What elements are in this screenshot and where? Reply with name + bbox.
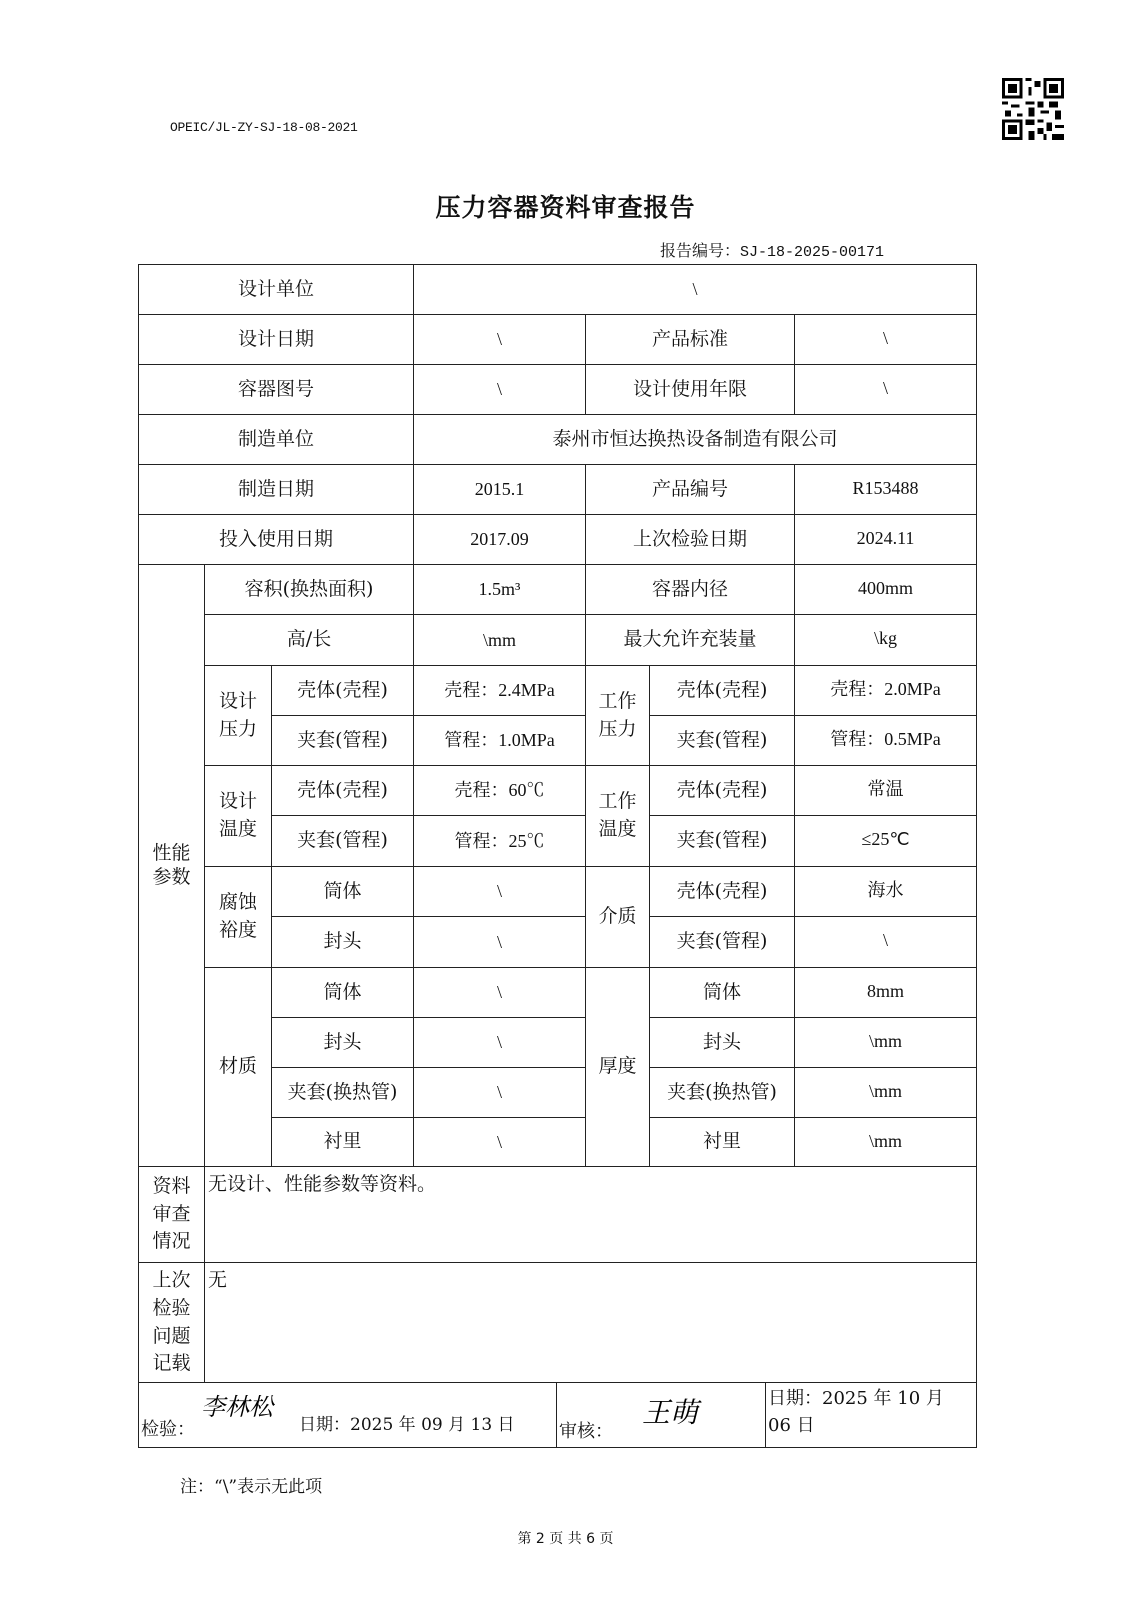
design-date-value: \ — [413, 314, 586, 365]
thickness-cylinder-label: 筒体 — [649, 967, 795, 1018]
reviewer-label: 审核： — [559, 1417, 613, 1443]
review-status-text: 无设计、性能参数等资料。 — [204, 1166, 977, 1263]
thickness-label: 厚度 — [585, 967, 650, 1167]
medium-jacket-value: \ — [794, 916, 977, 968]
corrosion-cylinder-value: \ — [413, 866, 586, 917]
design-pressure-jacket-label: 夹套(管程) — [271, 715, 414, 766]
corrosion-head-label: 封头 — [271, 916, 414, 968]
review-status-label: 资料 审查 情况 — [138, 1166, 205, 1263]
design-temp-label: 设计温度 — [204, 765, 272, 867]
report-number-label: 报告编号： — [660, 241, 740, 260]
in-service-date-label: 投入使用日期 — [138, 514, 414, 565]
thickness-head-value: \mm — [794, 1017, 977, 1068]
corrosion-head-value: \ — [413, 916, 586, 968]
inner-diameter-label: 容器内径 — [585, 564, 795, 615]
review-label-l3: 情况 — [152, 1228, 190, 1256]
reviewer-cell: 审核： 王萌 — [556, 1382, 766, 1448]
material-cylinder-label: 筒体 — [271, 967, 414, 1018]
last-issues-label: 上次 检验 问题 记载 — [138, 1262, 205, 1383]
last-issues-label-l4: 记载 — [152, 1350, 190, 1378]
thickness-jacket-tube-label: 夹套(换热管) — [649, 1067, 795, 1118]
material-jacket-tube-value: \ — [413, 1067, 586, 1118]
document-code: OPEIC/JL-ZY-SJ-18-08-2021 — [170, 120, 358, 135]
work-pressure-shell-value: 壳程：2.0MPa — [794, 665, 977, 716]
work-pressure-shell-label: 壳体(壳程) — [649, 665, 795, 716]
review-label-l1: 资料 — [152, 1173, 190, 1201]
performance-section-label: 性能 参数 — [138, 564, 205, 1167]
max-fill-label: 最大允许充装量 — [585, 614, 795, 666]
design-temp-shell-value: 壳程：60℃ — [413, 765, 586, 816]
design-temp-jacket-label: 夹套(管程) — [271, 815, 414, 867]
material-jacket-tube-label: 夹套(换热管) — [271, 1067, 414, 1118]
mfg-date-value: 2015.1 — [413, 464, 586, 515]
work-pressure-l2: 压力 — [598, 716, 636, 744]
design-temp-jacket-value: 管程：25℃ — [413, 815, 586, 867]
product-standard-label: 产品标准 — [585, 314, 795, 365]
drawing-no-value: \ — [413, 364, 586, 415]
drawing-no-label: 容器图号 — [138, 364, 414, 415]
work-temp-jacket-value: ≤25℃ — [794, 815, 977, 867]
review-label-l2: 审查 — [152, 1201, 190, 1229]
thickness-lining-value: \mm — [794, 1117, 977, 1167]
last-issues-label-l2: 检验 — [152, 1295, 190, 1323]
in-service-date-value: 2017.09 — [413, 514, 586, 565]
design-pressure-shell-value: 壳程：2.4MPa — [413, 665, 586, 716]
volume-label: 容积(换热面积) — [204, 564, 414, 615]
qr-code-icon — [1002, 78, 1064, 140]
thickness-cylinder-value: 8mm — [794, 967, 977, 1018]
product-no-label: 产品编号 — [585, 464, 795, 515]
design-pressure-jacket-value: 管程：1.0MPa — [413, 715, 586, 766]
work-pressure-jacket-label: 夹套(管程) — [649, 715, 795, 766]
design-pressure-l1: 设计 — [219, 688, 257, 716]
page-number: 第 2 页 共 6 页 — [0, 1528, 1131, 1548]
corrosion-l1: 腐蚀 — [219, 889, 257, 917]
work-pressure-jacket-value: 管程：0.5MPa — [794, 715, 977, 766]
work-temp-shell-value: 常温 — [794, 765, 977, 816]
page-title: 压力容器资料审查报告 — [0, 188, 1131, 224]
medium-shell-value: 海水 — [794, 866, 977, 917]
design-unit-label: 设计单位 — [138, 264, 414, 315]
report-number-value: SJ-18-2025-00171 — [740, 244, 884, 261]
material-cylinder-value: \ — [413, 967, 586, 1018]
reviewer-date-line1: 日期：2025 年 10 月 — [768, 1385, 974, 1412]
performance-label-line2: 参数 — [152, 866, 190, 890]
corrosion-cylinder-label: 筒体 — [271, 866, 414, 917]
inspector-cell: 检验： 李林松 日期：2025 年 09 月 13 日 — [138, 1382, 557, 1448]
performance-label-line1: 性能 — [152, 842, 190, 866]
work-temp-jacket-label: 夹套(管程) — [649, 815, 795, 867]
max-fill-value: \kg — [794, 614, 977, 666]
volume-value: 1.5m³ — [413, 564, 586, 615]
last-issues-text: 无 — [204, 1262, 977, 1383]
last-issues-label-l3: 问题 — [152, 1323, 190, 1351]
work-pressure-label: 工作压力 — [585, 665, 650, 766]
height-length-value: \mm — [413, 614, 586, 666]
design-temp-l1: 设计 — [219, 788, 257, 816]
design-pressure-l2: 压力 — [219, 716, 257, 744]
design-temp-l2: 温度 — [219, 816, 257, 844]
design-pressure-shell-label: 壳体(壳程) — [271, 665, 414, 716]
work-temp-l1: 工作 — [598, 788, 636, 816]
medium-shell-label: 壳体(壳程) — [649, 866, 795, 917]
work-temp-label: 工作温度 — [585, 765, 650, 867]
thickness-head-label: 封头 — [649, 1017, 795, 1068]
material-head-value: \ — [413, 1017, 586, 1068]
reviewer-date-cell: 日期：2025 年 10 月 06 日 — [765, 1382, 977, 1448]
product-standard-value: \ — [794, 314, 977, 365]
material-lining-value: \ — [413, 1117, 586, 1167]
thickness-jacket-tube-value: \mm — [794, 1067, 977, 1118]
inspector-label: 检验： — [141, 1415, 195, 1441]
mfg-date-label: 制造日期 — [138, 464, 414, 515]
inner-diameter-value: 400mm — [794, 564, 977, 615]
design-date-label: 设计日期 — [138, 314, 414, 365]
design-life-label: 设计使用年限 — [585, 364, 795, 415]
design-life-value: \ — [794, 364, 977, 415]
last-issues-label-l1: 上次 — [152, 1267, 190, 1295]
thickness-lining-label: 衬里 — [649, 1117, 795, 1167]
work-temp-shell-label: 壳体(壳程) — [649, 765, 795, 816]
work-pressure-l1: 工作 — [598, 688, 636, 716]
material-head-label: 封头 — [271, 1017, 414, 1068]
last-inspection-date-value: 2024.11 — [794, 514, 977, 565]
footnote: 注：“\”表示无此项 — [180, 1472, 322, 1497]
manufacturer-label: 制造单位 — [138, 414, 414, 465]
design-temp-shell-label: 壳体(壳程) — [271, 765, 414, 816]
manufacturer-value: 泰州市恒达换热设备制造有限公司 — [413, 414, 977, 465]
corrosion-l2: 裕度 — [219, 917, 257, 945]
reviewer-signature: 王萌 — [642, 1391, 698, 1431]
inspector-signature: 李林松 — [201, 1387, 273, 1422]
work-temp-l2: 温度 — [598, 816, 636, 844]
height-length-label: 高/长 — [204, 614, 414, 666]
material-lining-label: 衬里 — [271, 1117, 414, 1167]
design-unit-value: \ — [413, 264, 977, 315]
reviewer-date-line2: 06 日 — [768, 1412, 974, 1439]
medium-jacket-label: 夹套(管程) — [649, 916, 795, 968]
product-no-value: R153488 — [794, 464, 977, 515]
material-label: 材质 — [204, 967, 272, 1167]
corrosion-allowance-label: 腐蚀裕度 — [204, 866, 272, 968]
design-pressure-label: 设计压力 — [204, 665, 272, 766]
report-number: 报告编号：SJ-18-2025-00171 — [660, 238, 884, 261]
medium-label: 介质 — [585, 866, 650, 968]
last-inspection-date-label: 上次检验日期 — [585, 514, 795, 565]
review-table: 设计单位 \ 设计日期 \ 产品标准 \ 容器图号 \ 设计使用年限 \ 制造单… — [139, 265, 977, 1449]
inspector-date: 日期：2025 年 09 月 13 日 — [299, 1410, 515, 1435]
